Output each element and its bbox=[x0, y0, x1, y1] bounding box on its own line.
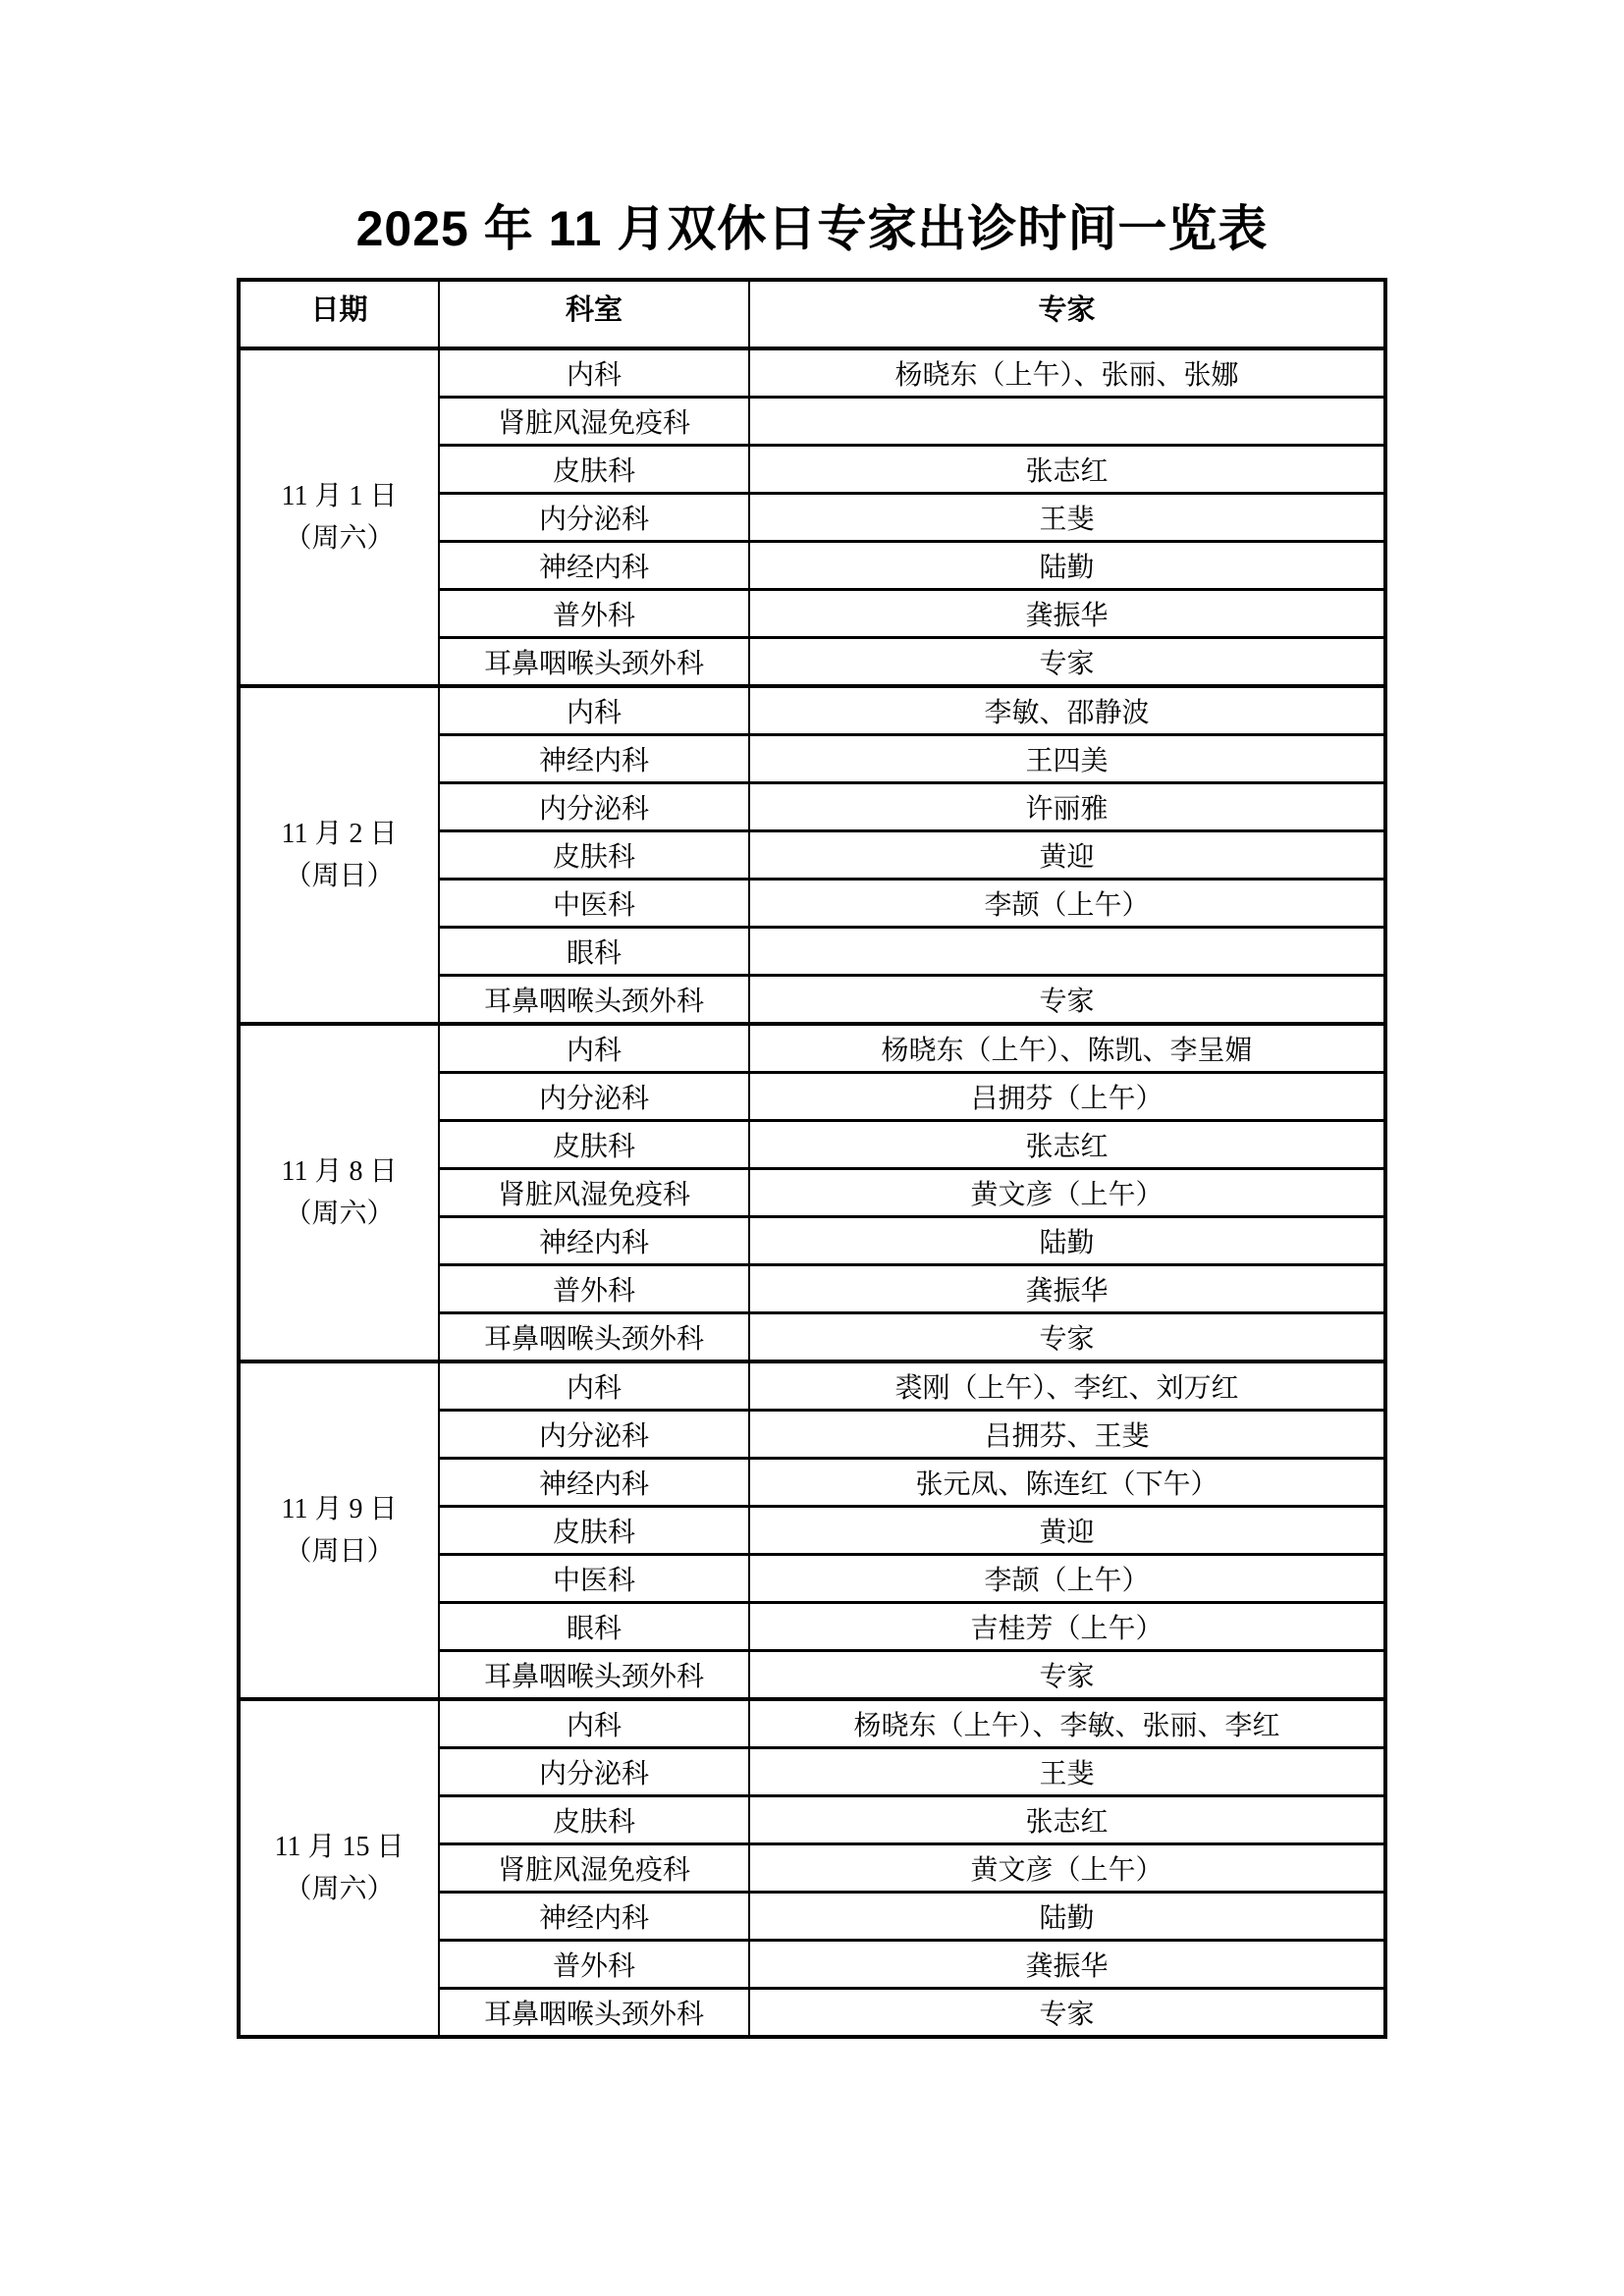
experts-cell: 杨晓东（上午）、张丽、张娜 bbox=[749, 348, 1385, 398]
date-line2: （周六） bbox=[246, 1193, 432, 1235]
department-cell: 内科 bbox=[439, 1699, 749, 1748]
department-cell: 肾脏风湿免疫科 bbox=[439, 1844, 749, 1893]
header-department: 科室 bbox=[439, 280, 749, 348]
department-cell: 内科 bbox=[439, 1362, 749, 1411]
department-cell: 内分泌科 bbox=[439, 1748, 749, 1796]
page-title: 2025 年 11 月双休日专家出诊时间一览表 bbox=[0, 202, 1624, 256]
date-line1: 11 月 15 日 bbox=[246, 1826, 432, 1868]
experts-cell: 龚振华 bbox=[749, 1265, 1385, 1313]
experts-cell bbox=[749, 928, 1385, 976]
date-section: 11 月 2 日（周日）内科李敏、邵静波神经内科王四美内分泌科许丽雅皮肤科黄迎中… bbox=[239, 686, 1385, 1024]
department-cell: 神经内科 bbox=[439, 542, 749, 590]
department-cell: 内分泌科 bbox=[439, 1073, 749, 1121]
table-row: 11 月 15 日（周六）内科杨晓东（上午）、李敏、张丽、李红 bbox=[239, 1699, 1385, 1748]
experts-cell: 黄文彦（上午） bbox=[749, 1169, 1385, 1217]
department-cell: 皮肤科 bbox=[439, 1121, 749, 1169]
table-row: 11 月 9 日（周日）内科裘刚（上午）、李红、刘万红 bbox=[239, 1362, 1385, 1411]
date-cell: 11 月 9 日（周日） bbox=[239, 1362, 439, 1699]
department-cell: 耳鼻咽喉头颈外科 bbox=[439, 1651, 749, 1700]
experts-cell: 王斐 bbox=[749, 494, 1385, 542]
experts-cell: 张志红 bbox=[749, 1121, 1385, 1169]
department-cell: 内科 bbox=[439, 686, 749, 735]
experts-cell: 王斐 bbox=[749, 1748, 1385, 1796]
department-cell: 皮肤科 bbox=[439, 1796, 749, 1844]
department-cell: 神经内科 bbox=[439, 1893, 749, 1941]
experts-cell: 张志红 bbox=[749, 1796, 1385, 1844]
date-section: 11 月 9 日（周日）内科裘刚（上午）、李红、刘万红内分泌科吕拥芬、王斐神经内… bbox=[239, 1362, 1385, 1699]
experts-cell bbox=[749, 398, 1385, 446]
department-cell: 皮肤科 bbox=[439, 1507, 749, 1555]
experts-cell: 李颉（上午） bbox=[749, 1555, 1385, 1603]
experts-cell: 李颉（上午） bbox=[749, 880, 1385, 928]
experts-cell: 裘刚（上午）、李红、刘万红 bbox=[749, 1362, 1385, 1411]
department-cell: 眼科 bbox=[439, 928, 749, 976]
department-cell: 耳鼻咽喉头颈外科 bbox=[439, 1989, 749, 2038]
experts-cell: 杨晓东（上午）、李敏、张丽、李红 bbox=[749, 1699, 1385, 1748]
date-cell: 11 月 1 日（周六） bbox=[239, 348, 439, 686]
date-line1: 11 月 8 日 bbox=[246, 1150, 432, 1193]
department-cell: 耳鼻咽喉头颈外科 bbox=[439, 976, 749, 1025]
department-cell: 普外科 bbox=[439, 1941, 749, 1989]
document-page: 2025 年 11 月双休日专家出诊时间一览表 日期 科室 专家 11 月 1 … bbox=[0, 0, 1624, 2296]
date-section: 11 月 1 日（周六）内科杨晓东（上午）、张丽、张娜肾脏风湿免疫科皮肤科张志红… bbox=[239, 348, 1385, 686]
experts-cell: 专家 bbox=[749, 1651, 1385, 1700]
department-cell: 普外科 bbox=[439, 590, 749, 638]
experts-cell: 吕拥芬、王斐 bbox=[749, 1411, 1385, 1459]
department-cell: 神经内科 bbox=[439, 1217, 749, 1265]
department-cell: 眼科 bbox=[439, 1603, 749, 1651]
experts-cell: 黄文彦（上午） bbox=[749, 1844, 1385, 1893]
date-line2: （周日） bbox=[246, 855, 432, 897]
department-cell: 内科 bbox=[439, 1024, 749, 1073]
department-cell: 内科 bbox=[439, 348, 749, 398]
header-date: 日期 bbox=[239, 280, 439, 348]
date-cell: 11 月 2 日（周日） bbox=[239, 686, 439, 1024]
department-cell: 耳鼻咽喉头颈外科 bbox=[439, 1313, 749, 1362]
date-section: 11 月 15 日（周六）内科杨晓东（上午）、李敏、张丽、李红内分泌科王斐皮肤科… bbox=[239, 1699, 1385, 2037]
experts-cell: 张元凤、陈连红（下午） bbox=[749, 1459, 1385, 1507]
experts-cell: 王四美 bbox=[749, 735, 1385, 783]
experts-cell: 黄迎 bbox=[749, 831, 1385, 880]
date-line1: 11 月 2 日 bbox=[246, 813, 432, 855]
table-header: 日期 科室 专家 bbox=[239, 280, 1385, 348]
experts-cell: 陆勤 bbox=[749, 542, 1385, 590]
experts-cell: 专家 bbox=[749, 1313, 1385, 1362]
header-expert: 专家 bbox=[749, 280, 1385, 348]
experts-cell: 李敏、邵静波 bbox=[749, 686, 1385, 735]
experts-cell: 杨晓东（上午）、陈凯、李呈媚 bbox=[749, 1024, 1385, 1073]
date-line2: （周六） bbox=[246, 1868, 432, 1910]
department-cell: 内分泌科 bbox=[439, 494, 749, 542]
experts-cell: 吕拥芬（上午） bbox=[749, 1073, 1385, 1121]
department-cell: 内分泌科 bbox=[439, 1411, 749, 1459]
experts-cell: 陆勤 bbox=[749, 1893, 1385, 1941]
experts-cell: 专家 bbox=[749, 638, 1385, 687]
experts-cell: 黄迎 bbox=[749, 1507, 1385, 1555]
experts-cell: 龚振华 bbox=[749, 1941, 1385, 1989]
experts-cell: 龚振华 bbox=[749, 590, 1385, 638]
table-row: 11 月 2 日（周日）内科李敏、邵静波 bbox=[239, 686, 1385, 735]
department-cell: 神经内科 bbox=[439, 1459, 749, 1507]
date-line2: （周日） bbox=[246, 1530, 432, 1573]
date-cell: 11 月 8 日（周六） bbox=[239, 1024, 439, 1362]
department-cell: 肾脏风湿免疫科 bbox=[439, 1169, 749, 1217]
department-cell: 耳鼻咽喉头颈外科 bbox=[439, 638, 749, 687]
department-cell: 普外科 bbox=[439, 1265, 749, 1313]
department-cell: 神经内科 bbox=[439, 735, 749, 783]
experts-cell: 陆勤 bbox=[749, 1217, 1385, 1265]
experts-cell: 许丽雅 bbox=[749, 783, 1385, 831]
date-line2: （周六） bbox=[246, 517, 432, 560]
experts-cell: 吉桂芳（上午） bbox=[749, 1603, 1385, 1651]
department-cell: 内分泌科 bbox=[439, 783, 749, 831]
date-section: 11 月 8 日（周六）内科杨晓东（上午）、陈凯、李呈媚内分泌科吕拥芬（上午）皮… bbox=[239, 1024, 1385, 1362]
date-line1: 11 月 9 日 bbox=[246, 1488, 432, 1530]
table-row: 11 月 1 日（周六）内科杨晓东（上午）、张丽、张娜 bbox=[239, 348, 1385, 398]
department-cell: 肾脏风湿免疫科 bbox=[439, 398, 749, 446]
header-row: 日期 科室 专家 bbox=[239, 280, 1385, 348]
experts-cell: 张志红 bbox=[749, 446, 1385, 494]
schedule-table: 日期 科室 专家 11 月 1 日（周六）内科杨晓东（上午）、张丽、张娜肾脏风湿… bbox=[237, 278, 1387, 2039]
date-line1: 11 月 1 日 bbox=[246, 475, 432, 517]
department-cell: 中医科 bbox=[439, 880, 749, 928]
department-cell: 皮肤科 bbox=[439, 446, 749, 494]
experts-cell: 专家 bbox=[749, 1989, 1385, 2038]
date-cell: 11 月 15 日（周六） bbox=[239, 1699, 439, 2037]
table-row: 11 月 8 日（周六）内科杨晓东（上午）、陈凯、李呈媚 bbox=[239, 1024, 1385, 1073]
experts-cell: 专家 bbox=[749, 976, 1385, 1025]
department-cell: 中医科 bbox=[439, 1555, 749, 1603]
department-cell: 皮肤科 bbox=[439, 831, 749, 880]
